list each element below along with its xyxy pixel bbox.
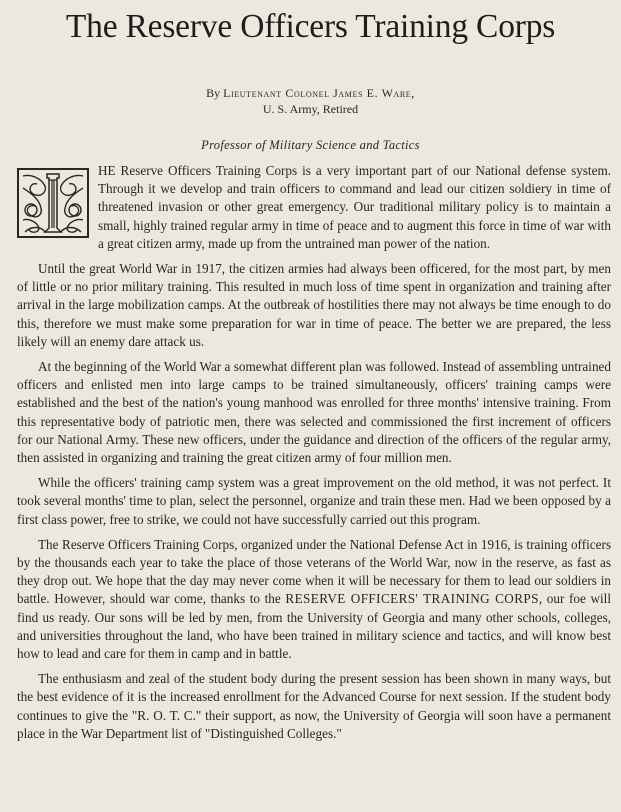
paragraph-1: HE Reserve Officers Training Corps is a … (17, 162, 611, 253)
paragraph-5-emphasis: RESERVE OFFICERS' TRAINING CORPS (285, 591, 538, 606)
byline-prefix: By (206, 86, 220, 100)
article-title: The Reserve Officers Training Corps (0, 5, 621, 49)
paragraph-2: Until the great World War in 1917, the c… (17, 260, 611, 351)
paragraph-1-text: HE Reserve Officers Training Corps is a … (98, 163, 611, 251)
paragraph-6: The enthusiasm and zeal of the student b… (17, 670, 611, 743)
author-position: Professor of Military Science and Tactic… (0, 138, 621, 153)
author-name: Lieutenant Colonel James E. Ware, (223, 86, 415, 100)
document-page: The Reserve Officers Training Corps By L… (0, 0, 621, 812)
byline: By Lieutenant Colonel James E. Ware, U. … (0, 85, 621, 117)
author-affiliation: U. S. Army, Retired (0, 101, 621, 117)
author-line: By Lieutenant Colonel James E. Ware, (0, 85, 621, 101)
article-body: HE Reserve Officers Training Corps is a … (17, 162, 611, 750)
paragraph-5: The Reserve Officers Training Corps, org… (17, 536, 611, 663)
paragraph-4: While the officers' training camp system… (17, 474, 611, 529)
paragraph-3: At the beginning of the World War a some… (17, 358, 611, 467)
ornamental-drop-cap-t-icon (17, 168, 89, 238)
